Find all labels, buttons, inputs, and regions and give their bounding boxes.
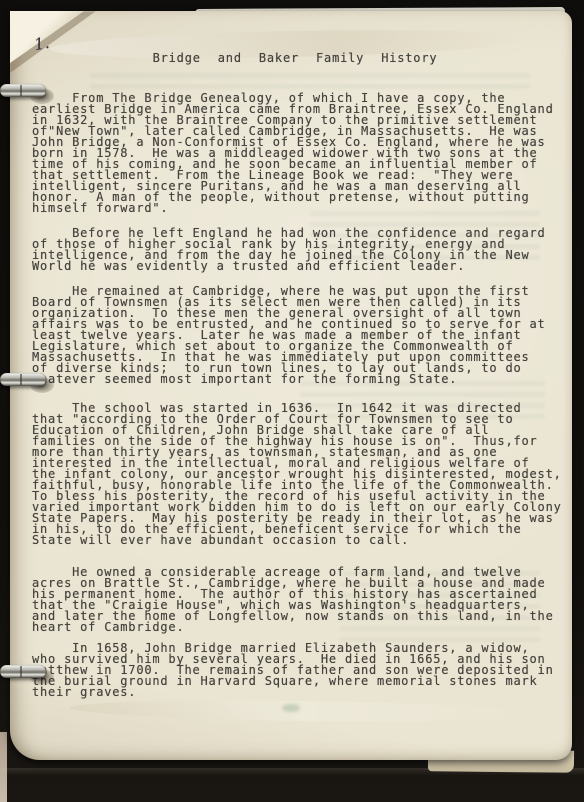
- ink-smudge: [282, 704, 300, 712]
- document-title: Bridge and Baker Family History: [32, 53, 558, 64]
- binder-ring-bottom: [0, 663, 56, 685]
- binder-ring-top: [0, 82, 56, 104]
- paragraph-5: He owned a considerable acreage of farm …: [32, 567, 558, 633]
- ring-split-line: [20, 374, 22, 385]
- paragraph-6: In 1658, John Bridge married Elizabeth S…: [32, 643, 558, 698]
- binder-ring-middle: [0, 371, 56, 393]
- ring-split-line: [20, 666, 22, 677]
- paragraph-4: The school was started in 1636. In 1642 …: [32, 403, 558, 546]
- document-page: 1. Bridge and Baker Family History From …: [10, 11, 572, 760]
- paragraph-2: Before he left England he had won the co…: [32, 228, 558, 272]
- ring-metal-bar: [0, 84, 46, 97]
- handwritten-page-number: 1.: [32, 33, 50, 54]
- ring-split-line: [20, 85, 22, 96]
- binder-left-strip: [0, 732, 7, 802]
- paragraph-3: He remained at Cambridge, where he was p…: [32, 286, 558, 385]
- photo-of-binder-page: 1. Bridge and Baker Family History From …: [0, 0, 584, 802]
- ring-metal-bar: [0, 373, 46, 386]
- paragraph-1: From The Bridge Genealogy, of which I ha…: [32, 93, 558, 214]
- ring-metal-bar: [0, 665, 46, 678]
- paper-crease: [70, 698, 530, 724]
